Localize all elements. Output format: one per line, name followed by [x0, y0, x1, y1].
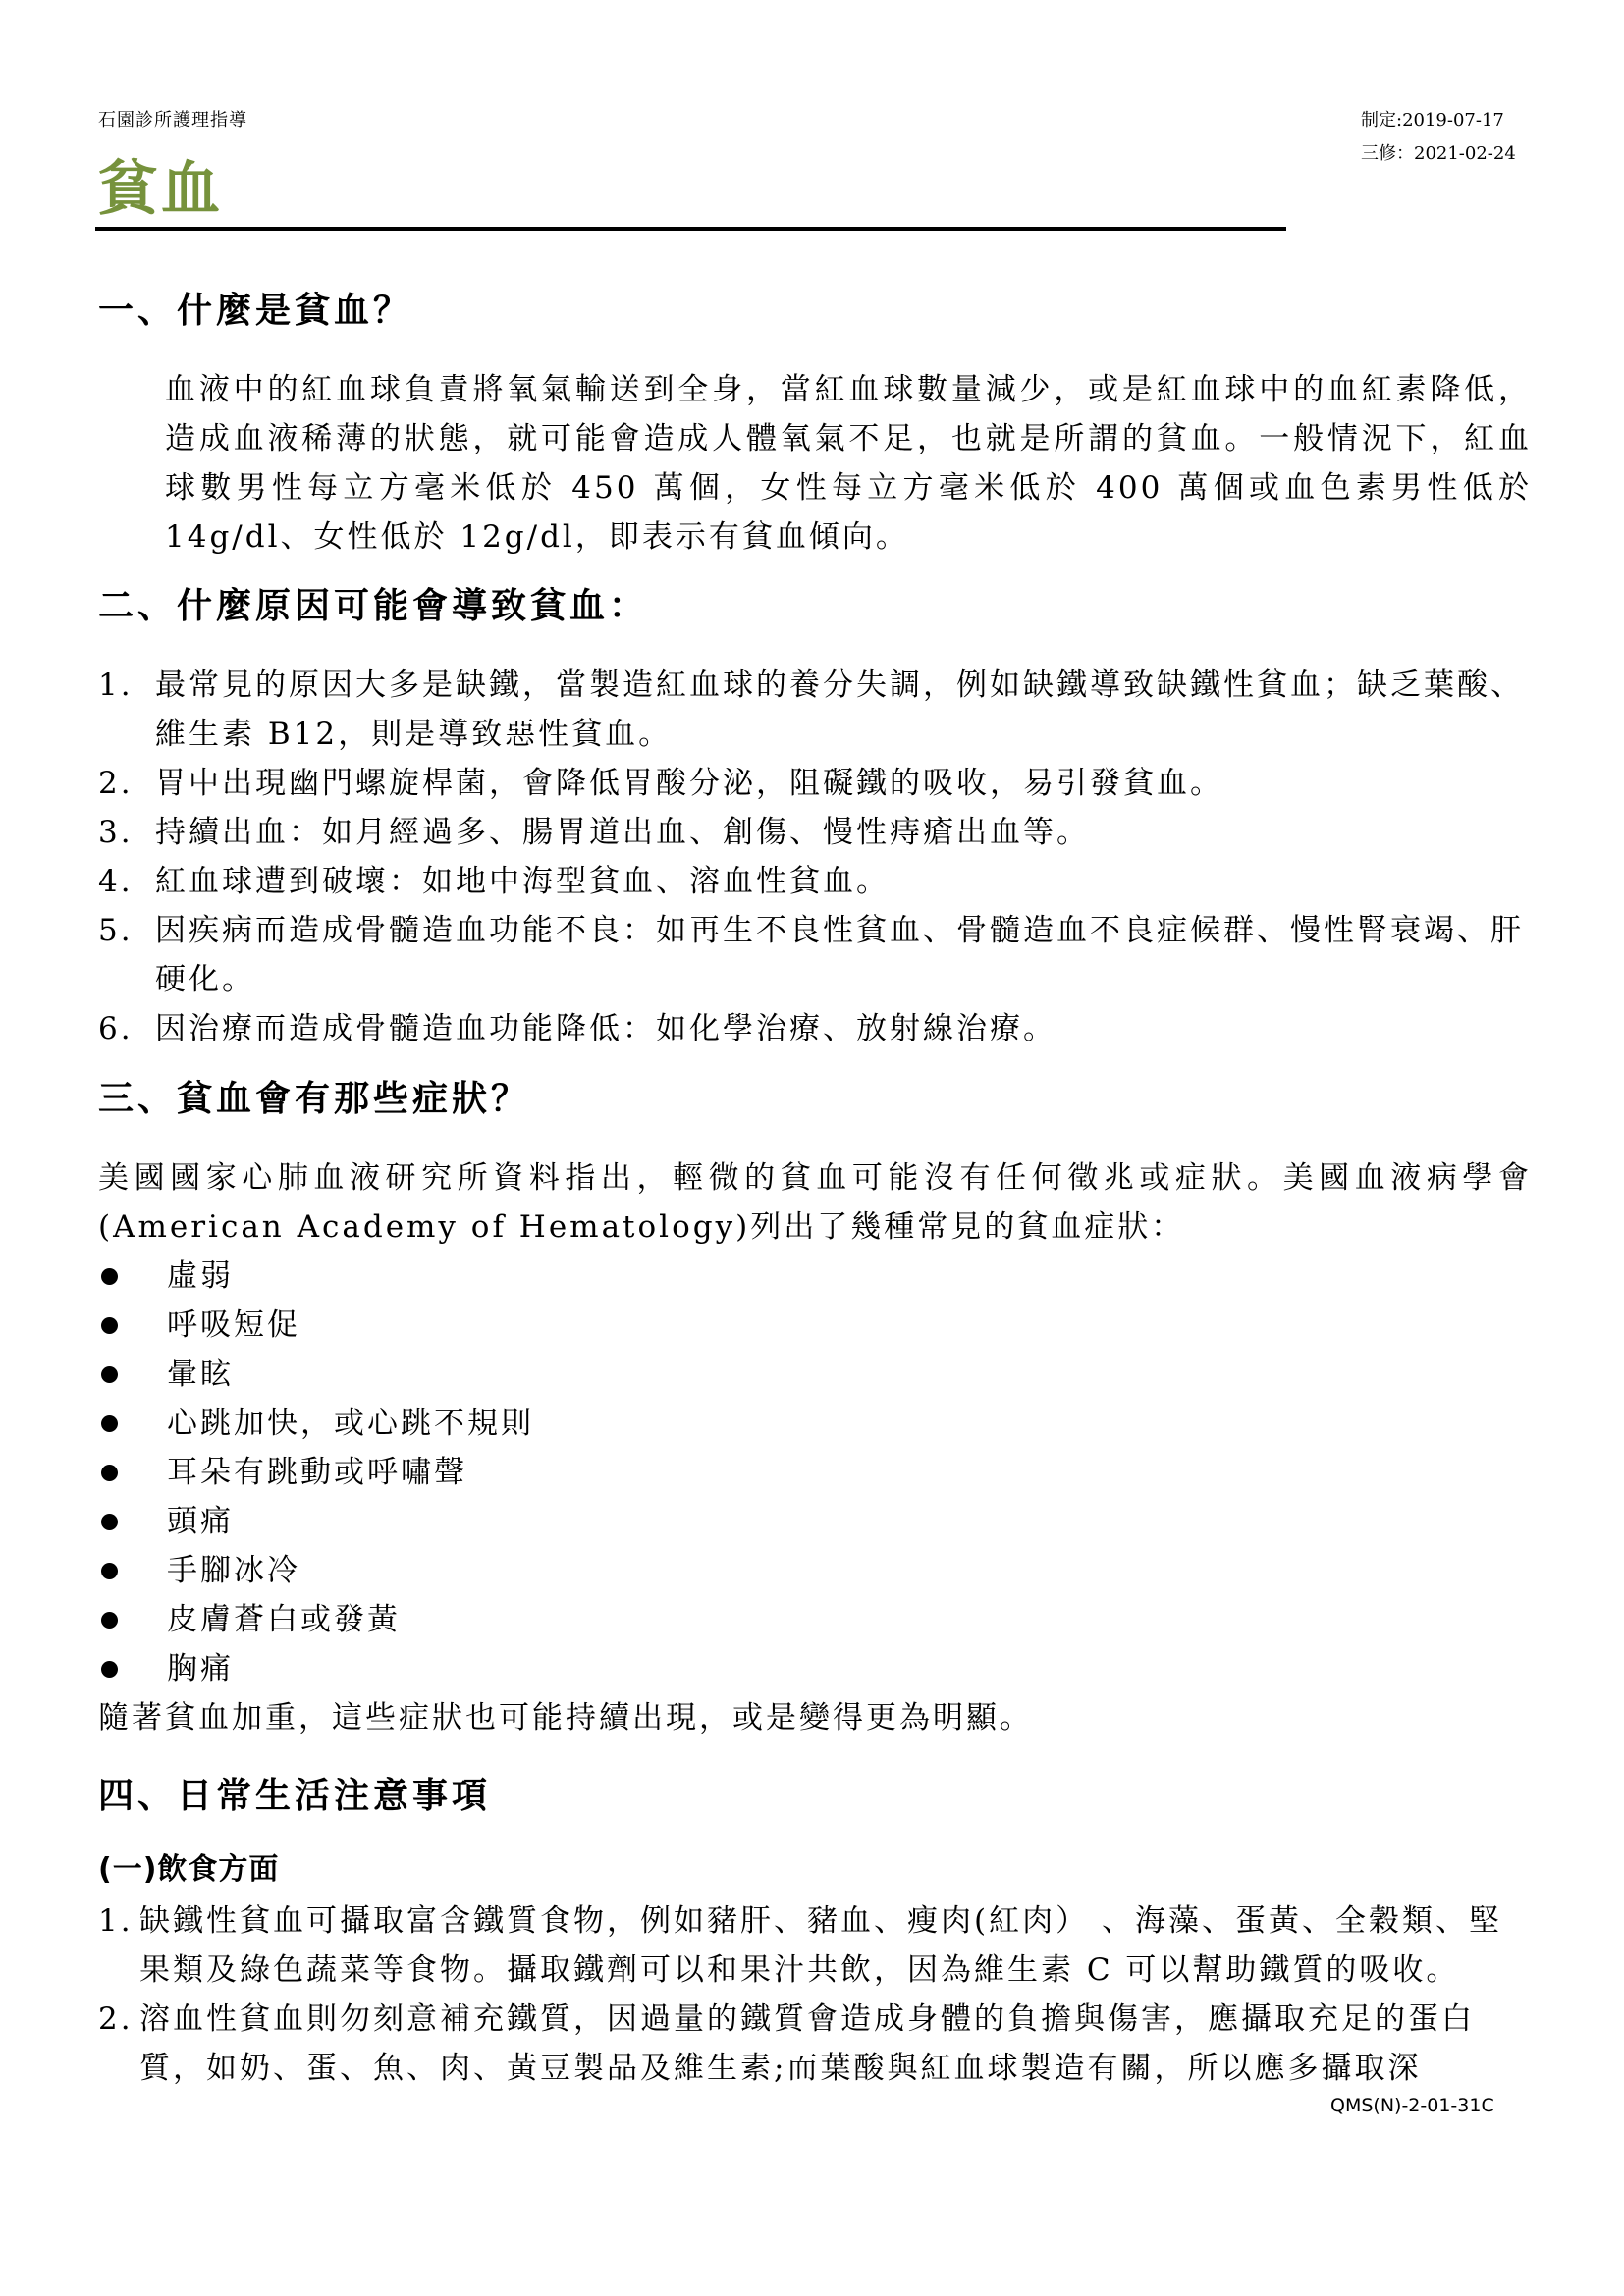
- symptom-text: 暈眩: [167, 1357, 234, 1392]
- list-text: 最常見的原因大多是缺鐵，當製造紅血球的養分失調，例如缺鐵導致缺鐵性貧血；缺乏葉酸…: [155, 667, 1524, 752]
- list-item: 1.缺鐵性貧血可攝取富含鐵質食物，例如豬肝、豬血、瘦肉(紅肉） 、海藻、蛋黃、全…: [98, 1896, 1532, 1995]
- bullet-icon: [101, 1465, 118, 1481]
- list-number: 3.: [98, 808, 134, 857]
- list-text: 持續出血：如月經過多、腸胃道出血、創傷、慢性痔瘡出血等。: [155, 815, 1090, 850]
- symptom-item: 胸痛: [98, 1644, 534, 1693]
- section-3-heading: 三、貧血會有那些症狀？: [98, 1075, 530, 1124]
- symptom-item: 呼吸短促: [98, 1301, 534, 1350]
- established-date: 制定:2019-07-17: [1361, 104, 1516, 137]
- document-dates: 制定:2019-07-17 三修：2021-02-24: [1361, 104, 1516, 171]
- symptom-text: 心跳加快，或心跳不規則: [167, 1406, 534, 1441]
- section-2-heading: 二、什麼原因可能會導致貧血：: [98, 582, 648, 631]
- symptom-text: 耳朵有跳動或呼嘯聲: [167, 1455, 467, 1490]
- symptom-item: 耳朵有跳動或呼嘯聲: [98, 1448, 534, 1497]
- symptom-text: 皮膚蒼白或發黃: [167, 1602, 401, 1637]
- list-number: 4.: [98, 857, 134, 906]
- list-item: 6.因治療而造成骨髓造血功能降低：如化學治療、放射線治療。: [98, 1004, 1532, 1053]
- list-item: 2.溶血性貧血則勿刻意補充鐵質，因過量的鐵質會造成身體的負擔與傷害，應攝取充足的…: [98, 1995, 1532, 2093]
- bullet-icon: [101, 1563, 118, 1579]
- document-code: QMS(N)-2-01-31C: [1330, 2095, 1494, 2116]
- list-text: 因治療而造成骨髓造血功能降低：如化學治療、放射線治療。: [155, 1011, 1056, 1046]
- symptom-item: 皮膚蒼白或發黃: [98, 1595, 534, 1644]
- list-item: 4.紅血球遭到破壞：如地中海型貧血、溶血性貧血。: [98, 857, 1532, 906]
- list-number: 2.: [98, 1995, 134, 2044]
- list-text: 因疾病而造成骨髓造血功能不良：如再生不良性貧血、骨髓造血不良症候群、慢性腎衰竭、…: [155, 913, 1524, 997]
- symptom-item: 暈眩: [98, 1350, 534, 1399]
- symptoms-list: 虛弱 呼吸短促 暈眩 心跳加快，或心跳不規則 耳朵有跳動或呼嘯聲 頭痛 手腳冰冷…: [98, 1252, 534, 1693]
- list-text: 缺鐵性貧血可攝取富含鐵質食物，例如豬肝、豬血、瘦肉(紅肉） 、海藻、蛋黃、全穀類…: [139, 1903, 1502, 1988]
- list-text: 溶血性貧血則勿刻意補充鐵質，因過量的鐵質會造成身體的負擔與傷害，應攝取充足的蛋白…: [139, 2002, 1475, 2086]
- symptom-item: 頭痛: [98, 1497, 534, 1546]
- bullet-icon: [101, 1317, 118, 1334]
- list-number: 5.: [98, 906, 134, 955]
- diet-list: 1.缺鐵性貧血可攝取富含鐵質食物，例如豬肝、豬血、瘦肉(紅肉） 、海藻、蛋黃、全…: [98, 1896, 1532, 2093]
- list-number: 6.: [98, 1004, 134, 1053]
- bullet-icon: [101, 1612, 118, 1629]
- symptom-text: 手腳冰冷: [167, 1553, 300, 1588]
- section-1-paragraph: 血液中的紅血球負責將氧氣輸送到全身，當紅血球數量減少，或是紅血球中的血紅素降低，…: [98, 365, 1532, 561]
- section-1-heading: 一、什麼是貧血？: [98, 287, 412, 336]
- page-title: 貧血: [98, 155, 224, 224]
- clinic-name: 石園診所護理指導: [98, 106, 247, 132]
- list-text: 紅血球遭到破壞：如地中海型貧血、溶血性貧血。: [155, 864, 890, 899]
- symptom-text: 頭痛: [167, 1504, 234, 1539]
- symptom-item: 虛弱: [98, 1252, 534, 1301]
- list-number: 2.: [98, 759, 134, 808]
- section-3-closing: 隨著貧血加重，這些症狀也可能持續出現，或是變得更為明顯。: [98, 1693, 1532, 1742]
- list-text: 胃中出現幽門螺旋桿菌，會降低胃酸分泌，阻礙鐵的吸收，易引發貧血。: [155, 766, 1223, 801]
- list-item: 5.因疾病而造成骨髓造血功能不良：如再生不良性貧血、骨髓造血不良症候群、慢性腎衰…: [98, 906, 1532, 1004]
- title-divider: [95, 227, 1286, 231]
- bullet-icon: [101, 1366, 118, 1383]
- revised-date: 三修：2021-02-24: [1361, 137, 1516, 171]
- bullet-icon: [101, 1661, 118, 1678]
- section-3-intro: 美國國家心肺血液研究所資料指出，輕微的貧血可能沒有任何徵兆或症狀。美國血液病學會…: [98, 1153, 1532, 1252]
- symptom-item: 手腳冰冷: [98, 1546, 534, 1595]
- bullet-icon: [101, 1514, 118, 1530]
- list-item: 2.胃中出現幽門螺旋桿菌，會降低胃酸分泌，阻礙鐵的吸收，易引發貧血。: [98, 759, 1532, 808]
- causes-list: 1.最常見的原因大多是缺鐵，當製造紅血球的養分失調，例如缺鐵導致缺鐵性貧血；缺乏…: [98, 661, 1532, 1053]
- list-item: 1.最常見的原因大多是缺鐵，當製造紅血球的養分失調，例如缺鐵導致缺鐵性貧血；缺乏…: [98, 661, 1532, 759]
- list-number: 1.: [98, 1896, 134, 1946]
- list-number: 1.: [98, 661, 134, 710]
- bullet-icon: [101, 1415, 118, 1432]
- section-1-text: 血液中的紅血球負責將氧氣輸送到全身，當紅血球數量減少，或是紅血球中的血紅素降低，…: [98, 365, 1532, 561]
- section-4-heading: 四、日常生活注意事項: [98, 1772, 491, 1821]
- symptom-text: 呼吸短促: [167, 1308, 300, 1343]
- bullet-icon: [101, 1268, 118, 1285]
- symptom-text: 胸痛: [167, 1651, 234, 1686]
- symptom-item: 心跳加快，或心跳不規則: [98, 1399, 534, 1448]
- list-item: 3.持續出血：如月經過多、腸胃道出血、創傷、慢性痔瘡出血等。: [98, 808, 1532, 857]
- symptom-text: 虛弱: [167, 1258, 234, 1294]
- diet-subheading: (一)飲食方面: [98, 1845, 279, 1895]
